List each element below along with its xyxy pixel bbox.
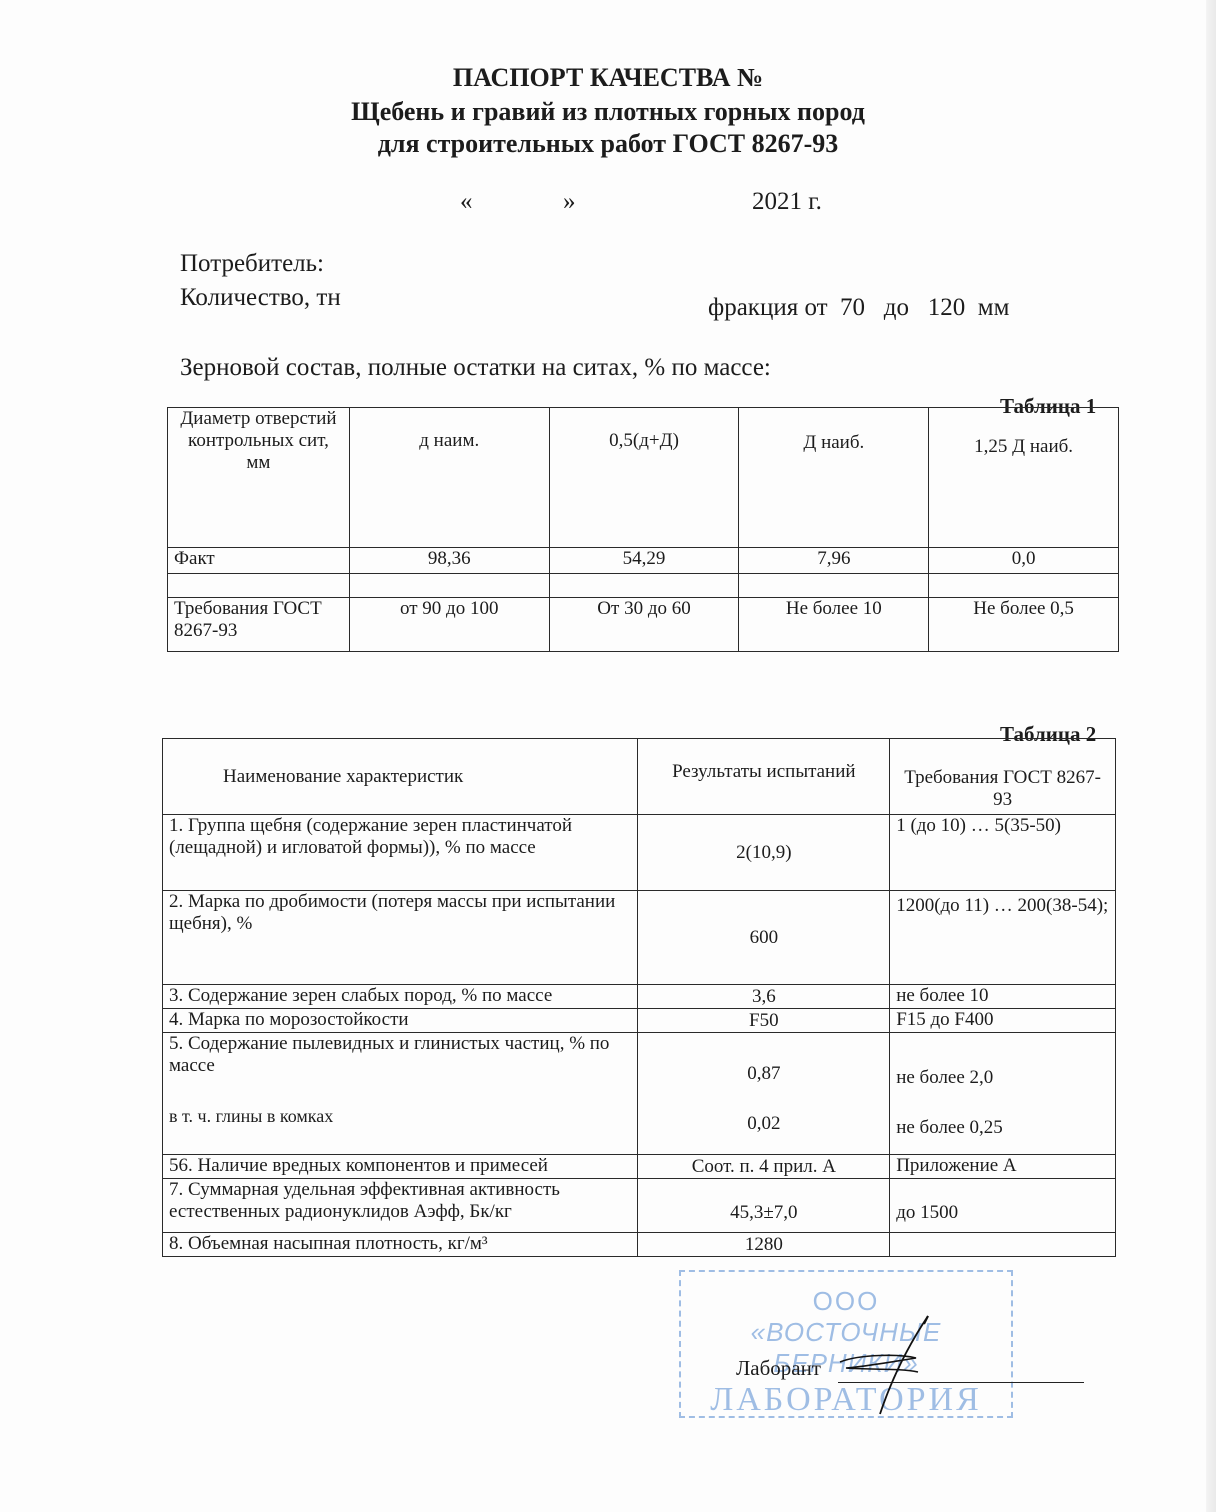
characteristic-name: 5. Содержание пылевидных и глинистых час… <box>169 1033 631 1077</box>
cell-value: Не более 10 <box>739 598 929 652</box>
cell-value <box>549 574 739 598</box>
characteristic-result: 600 <box>638 891 890 985</box>
cell-value: 0,0 <box>929 548 1119 574</box>
cell-value: от 90 до 100 <box>349 598 549 652</box>
consumer-label: Потребитель: <box>180 250 324 278</box>
lab-technician-label: Лаборант <box>736 1356 821 1381</box>
table1-header-row: Диаметр отверстий контрольных сит, мм д … <box>168 408 1119 548</box>
characteristic-requirement: не более 10 <box>890 985 1116 1009</box>
characteristics-table: Наименование характеристик Результаты ис… <box>162 738 1116 1257</box>
page-edge <box>1206 0 1216 1512</box>
characteristic-result: 0,87 <box>644 1063 883 1085</box>
characteristic-name: 4. Марка по морозостойкости <box>163 1009 638 1033</box>
cell-value <box>929 574 1119 598</box>
characteristic-result: Соот. п. 4 прил. А <box>638 1155 890 1179</box>
characteristic-result: F50 <box>638 1009 890 1033</box>
characteristic-sub-requirement: не более 0,25 <box>896 1117 1109 1139</box>
characteristic-result: 3,6 <box>638 985 890 1009</box>
characteristic-result-cell: 0,87 0,02 <box>638 1033 890 1155</box>
characteristic-result: 2(10,9) <box>638 815 890 891</box>
document-subtitle-2: для строительных работ ГОСТ 8267-93 <box>0 128 1216 160</box>
signature-icon <box>820 1310 940 1420</box>
table-row: 3. Содержание зерен слабых пород, % по м… <box>163 985 1116 1009</box>
characteristic-requirement: до 1500 <box>890 1179 1116 1233</box>
table-row: Требования ГОСТ 8267-93 от 90 до 100 От … <box>168 598 1119 652</box>
table-row: 7. Суммарная удельная эффективная активн… <box>163 1179 1116 1233</box>
table-row: Факт 98,36 54,29 7,96 0,0 <box>168 548 1119 574</box>
characteristic-name: 1. Группа щебня (содержание зерен пласти… <box>163 815 638 891</box>
characteristic-name: 2. Марка по дробимости (потеря массы при… <box>163 891 638 985</box>
table1-header-half: 0,5(д+Д) <box>549 408 739 548</box>
cell-value <box>349 574 549 598</box>
characteristic-name: 7. Суммарная удельная эффективная активн… <box>163 1179 638 1233</box>
cell-value: 98,36 <box>349 548 549 574</box>
characteristic-sub-name: в т. ч. глины в комках <box>169 1105 631 1127</box>
table-row: 5. Содержание пылевидных и глинистых час… <box>163 1033 1116 1155</box>
characteristic-name-cell: 5. Содержание пылевидных и глинистых час… <box>163 1033 638 1155</box>
row-label: Факт <box>168 548 350 574</box>
table1-header-dmax: Д наиб. <box>739 408 929 548</box>
cell-value: От 30 до 60 <box>549 598 739 652</box>
characteristic-result: 45,3±7,0 <box>638 1179 890 1233</box>
table-row: 8. Объемная насыпная плотность, кг/м³ 12… <box>163 1233 1116 1257</box>
characteristic-requirement: не более 2,0 <box>896 1067 1109 1089</box>
table2-header-name: Наименование характеристик <box>163 739 638 815</box>
table1-header-sieve: Диаметр отверстий контрольных сит, мм <box>168 408 350 548</box>
characteristic-sub-result: 0,02 <box>644 1113 883 1135</box>
characteristic-name: 56. Наличие вредных компонентов и примес… <box>163 1155 638 1179</box>
characteristic-requirement: Приложение А <box>890 1155 1116 1179</box>
table1-header-125dmax: 1,25 Д наиб. <box>929 408 1119 548</box>
table1-header-dmin: д наим. <box>349 408 549 548</box>
grain-composition-label: Зерновой состав, полные остатки на ситах… <box>180 354 771 382</box>
table2-header-requirement: Требования ГОСТ 8267-93 <box>890 739 1116 815</box>
cell-value: Не более 0,5 <box>929 598 1119 652</box>
date-year: 2021 г. <box>752 188 822 216</box>
row-label <box>168 574 350 598</box>
table-row: 56. Наличие вредных компонентов и примес… <box>163 1155 1116 1179</box>
quantity-label: Количество, тн <box>180 284 341 312</box>
table-row-empty <box>168 574 1119 598</box>
cell-value: 7,96 <box>739 548 929 574</box>
grain-composition-table: Диаметр отверстий контрольных сит, мм д … <box>167 407 1119 652</box>
characteristic-result: 1280 <box>638 1233 890 1257</box>
row-label: Требования ГОСТ 8267-93 <box>168 598 350 652</box>
table2-header-result: Результаты испытаний <box>638 739 890 815</box>
characteristic-requirement: F15 до F400 <box>890 1009 1116 1033</box>
cell-value: 54,29 <box>549 548 739 574</box>
document-title: ПАСПОРТ КАЧЕСТВА № <box>0 62 1216 94</box>
document-subtitle-1: Щебень и гравий из плотных горных пород <box>0 96 1216 128</box>
table-row: 2. Марка по дробимости (потеря массы при… <box>163 891 1116 985</box>
table-row: 4. Марка по морозостойкости F50 F15 до F… <box>163 1009 1116 1033</box>
characteristic-requirement: 1200(до 11) … 200(38-54); <box>890 891 1116 985</box>
date-open-quote: « <box>460 188 473 216</box>
characteristic-requirement: 1 (до 10) … 5(35-50) <box>890 815 1116 891</box>
characteristic-name: 8. Объемная насыпная плотность, кг/м³ <box>163 1233 638 1257</box>
characteristic-requirement <box>890 1233 1116 1257</box>
characteristic-name: 3. Содержание зерен слабых пород, % по м… <box>163 985 638 1009</box>
fraction-label: фракция от 70 до 120 мм <box>708 294 1009 322</box>
date-close-quote: » <box>563 188 576 216</box>
table2-header-row: Наименование характеристик Результаты ис… <box>163 739 1116 815</box>
table-row: 1. Группа щебня (содержание зерен пласти… <box>163 815 1116 891</box>
characteristic-requirement-cell: не более 2,0 не более 0,25 <box>890 1033 1116 1155</box>
cell-value <box>739 574 929 598</box>
